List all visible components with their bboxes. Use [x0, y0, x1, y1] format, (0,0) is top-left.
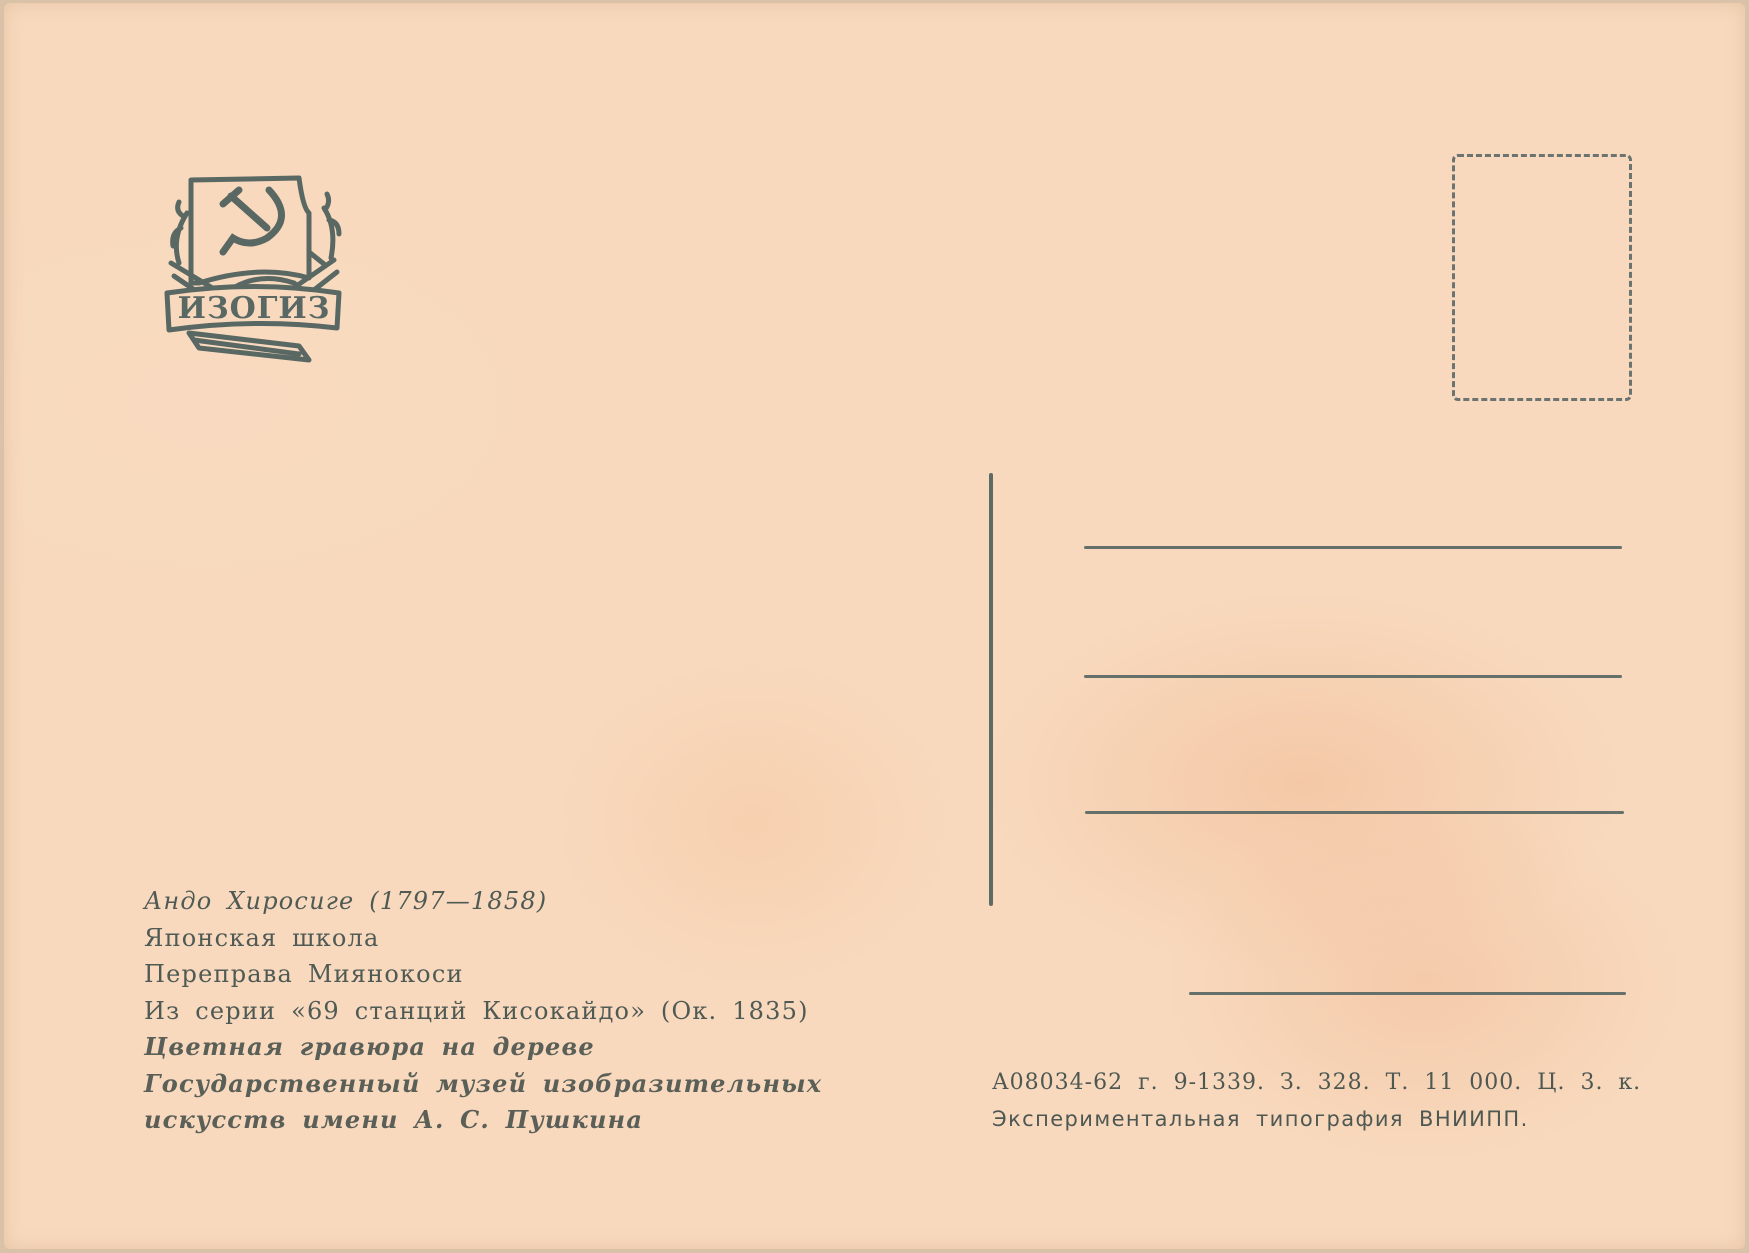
art-school: Японская школа — [144, 920, 822, 957]
printing-imprint: А08034-62 г. 9-1339. З. 328. Т. 11 000. … — [992, 1065, 1641, 1137]
address-line — [1085, 811, 1624, 814]
address-line — [1084, 546, 1622, 549]
artwork-series: Из серии «69 станций Кисокайдо» (Ок. 183… — [144, 993, 822, 1030]
izogiz-emblem-icon: ИЗОГИЗ — [159, 168, 349, 368]
imprint-printer: Экспериментальная типография ВНИИПП. — [992, 1101, 1641, 1137]
museum-line-1: Государственный музей изобразительных — [144, 1066, 822, 1103]
divider-line — [989, 473, 993, 906]
artwork-technique: Цветная гравюра на дереве — [144, 1029, 822, 1066]
address-line — [1084, 675, 1622, 678]
artwork-title: Переправа Миянокоси — [144, 956, 822, 993]
stamp-placeholder-box — [1452, 154, 1632, 401]
address-line-postcode — [1189, 992, 1626, 995]
imprint-code: А08034-62 г. 9-1339. З. 328. Т. 11 000. … — [992, 1065, 1641, 1101]
artwork-caption: Андо Хиросиге (1797—1858) Японская школа… — [144, 883, 822, 1139]
izogiz-logo: ИЗОГИЗ — [159, 168, 349, 368]
svg-text:ИЗОГИЗ: ИЗОГИЗ — [178, 291, 331, 326]
museum-line-2: искусств имени А. С. Пушкина — [144, 1102, 822, 1139]
artist-name: Андо Хиросиге (1797—1858) — [144, 883, 822, 920]
postcard-back: ИЗОГИЗ Андо Хиросиге (1797—1858) Японска… — [4, 3, 1745, 1249]
